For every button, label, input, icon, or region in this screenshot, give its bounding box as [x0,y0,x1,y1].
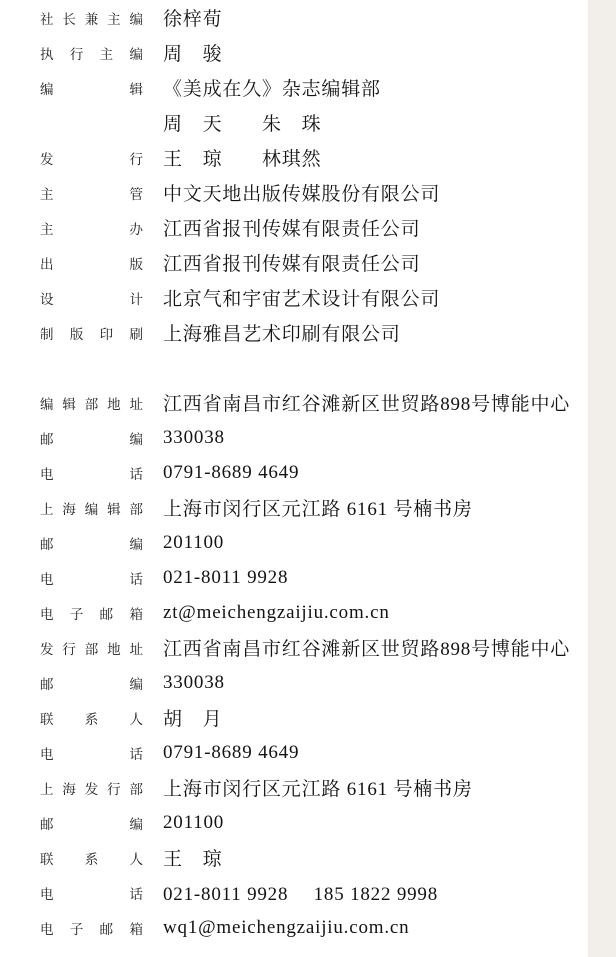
field-label: 上海编辑部 [40,498,143,518]
field-label: 电子邮箱 [40,918,143,938]
row-editors: 编辑 《美成在久》杂志编辑部 [40,70,585,105]
field-label: 发行部地址 [40,638,143,658]
field-value: 0791-8689 4649 [163,742,299,764]
field-label: 电话 [40,568,143,588]
field-value: wq1@meichengzaijiu.com.cn [163,917,409,939]
field-label: 电话 [40,743,143,763]
row-distribution-phone: 电话 0791-8689 4649 [40,735,585,770]
field-label: 制版印刷 [40,323,143,343]
row-shanghai-distribution-postcode: 邮编 201100 [40,805,585,840]
field-value: 周 骏 [163,39,222,66]
row-shanghai-editorial-postcode: 邮编 201100 [40,525,585,560]
field-value: 江西省报刊传媒有限责任公司 [163,214,420,241]
field-value: 江西省报刊传媒有限责任公司 [163,249,420,276]
row-supervisor: 主管 中文天地出版传媒股份有限公司 [40,175,585,210]
field-value: 徐梓荀 [163,4,222,31]
row-distribution-address: 发行部地址 江西省南昌市红谷滩新区世贸路898号博能中心 [40,630,585,665]
field-label: 编辑部地址 [40,393,143,413]
page-edge-strip [588,0,616,957]
field-label: 社长兼主编 [40,8,143,28]
field-value: 《美成在久》杂志编辑部 [163,74,381,101]
field-label: 邮编 [40,813,143,833]
field-value: 上海雅昌艺术印刷有限公司 [163,319,401,346]
row-shanghai-editorial-phone: 电话 021-8011 9928 [40,560,585,595]
field-label: 联系人 [40,708,143,728]
field-label: 电子邮箱 [40,603,143,623]
field-value: zt@meichengzaijiu.com.cn [163,602,390,624]
field-label: 电话 [40,883,143,903]
section-divider-space [40,350,585,385]
field-label: 主办 [40,218,143,238]
staff-section: 社长兼主编 徐梓荀 执行主编 周 骏 编辑 《美成在久》杂志编辑部 周 天 朱 … [40,0,585,350]
field-label: 设计 [40,288,143,308]
field-value: 330038 [163,427,225,449]
field-label: 发行 [40,148,143,168]
row-editors-continued: 周 天 朱 珠 [40,105,585,140]
field-value: 周 天 朱 珠 [163,109,321,136]
row-editorial-email: 电子邮箱 zt@meichengzaijiu.com.cn [40,595,585,630]
field-label: 电话 [40,463,143,483]
field-value: 江西省南昌市红谷滩新区世贸路898号博能中心 [163,634,570,661]
contact-section: 编辑部地址 江西省南昌市红谷滩新区世贸路898号博能中心 邮编 330038 电… [40,385,585,945]
field-label: 邮编 [40,673,143,693]
row-distribution-email: 电子邮箱 wq1@meichengzaijiu.com.cn [40,910,585,945]
field-label: 主管 [40,183,143,203]
field-value: 上海市闵行区元江路 6161 号楠书房 [163,494,473,521]
field-label: 联系人 [40,848,143,868]
row-shanghai-distribution-address: 上海发行部 上海市闵行区元江路 6161 号楠书房 [40,770,585,805]
field-value: 上海市闵行区元江路 6161 号楠书房 [163,774,473,801]
row-editorial-address: 编辑部地址 江西省南昌市红谷滩新区世贸路898号博能中心 [40,385,585,420]
field-value: 胡 月 [163,704,222,731]
field-value: 中文天地出版传媒股份有限公司 [163,179,440,206]
row-design: 设计 北京气和宇宙艺术设计有限公司 [40,280,585,315]
row-printing: 制版印刷 上海雅昌艺术印刷有限公司 [40,315,585,350]
row-distribution-postcode: 邮编 330038 [40,665,585,700]
row-editorial-phone: 电话 0791-8689 4649 [40,455,585,490]
field-value: 王 琼 [163,844,222,871]
row-president-chief-editor: 社长兼主编 徐梓荀 [40,0,585,35]
field-label: 编辑 [40,78,143,98]
row-shanghai-distribution-phone: 电话 021-8011 9928 185 1822 9998 [40,875,585,910]
field-label: 出版 [40,253,143,273]
colophon-content: 社长兼主编 徐梓荀 执行主编 周 骏 编辑 《美成在久》杂志编辑部 周 天 朱 … [40,0,585,945]
field-value: 021-8011 9928 [163,567,288,589]
field-value: 201100 [163,532,224,554]
field-value: 王 琼 林琪然 [163,144,321,171]
field-label: 邮编 [40,533,143,553]
row-executive-editor: 执行主编 周 骏 [40,35,585,70]
field-label: 执行主编 [40,43,143,63]
field-value: 021-8011 9928 185 1822 9998 [163,879,438,906]
row-sponsor: 主办 江西省报刊传媒有限责任公司 [40,210,585,245]
field-value: 201100 [163,812,224,834]
field-label: 邮编 [40,428,143,448]
field-label: 上海发行部 [40,778,143,798]
row-publisher: 出版 江西省报刊传媒有限责任公司 [40,245,585,280]
row-shanghai-distribution-contact-person: 联系人 王 琼 [40,840,585,875]
row-distribution-staff: 发行 王 琼 林琪然 [40,140,585,175]
row-shanghai-editorial-address: 上海编辑部 上海市闵行区元江路 6161 号楠书房 [40,490,585,525]
field-value: 330038 [163,672,225,694]
field-value: 0791-8689 4649 [163,462,299,484]
row-distribution-contact-person: 联系人 胡 月 [40,700,585,735]
row-editorial-postcode: 邮编 330038 [40,420,585,455]
field-value: 江西省南昌市红谷滩新区世贸路898号博能中心 [163,389,570,416]
field-value: 北京气和宇宙艺术设计有限公司 [163,284,440,311]
